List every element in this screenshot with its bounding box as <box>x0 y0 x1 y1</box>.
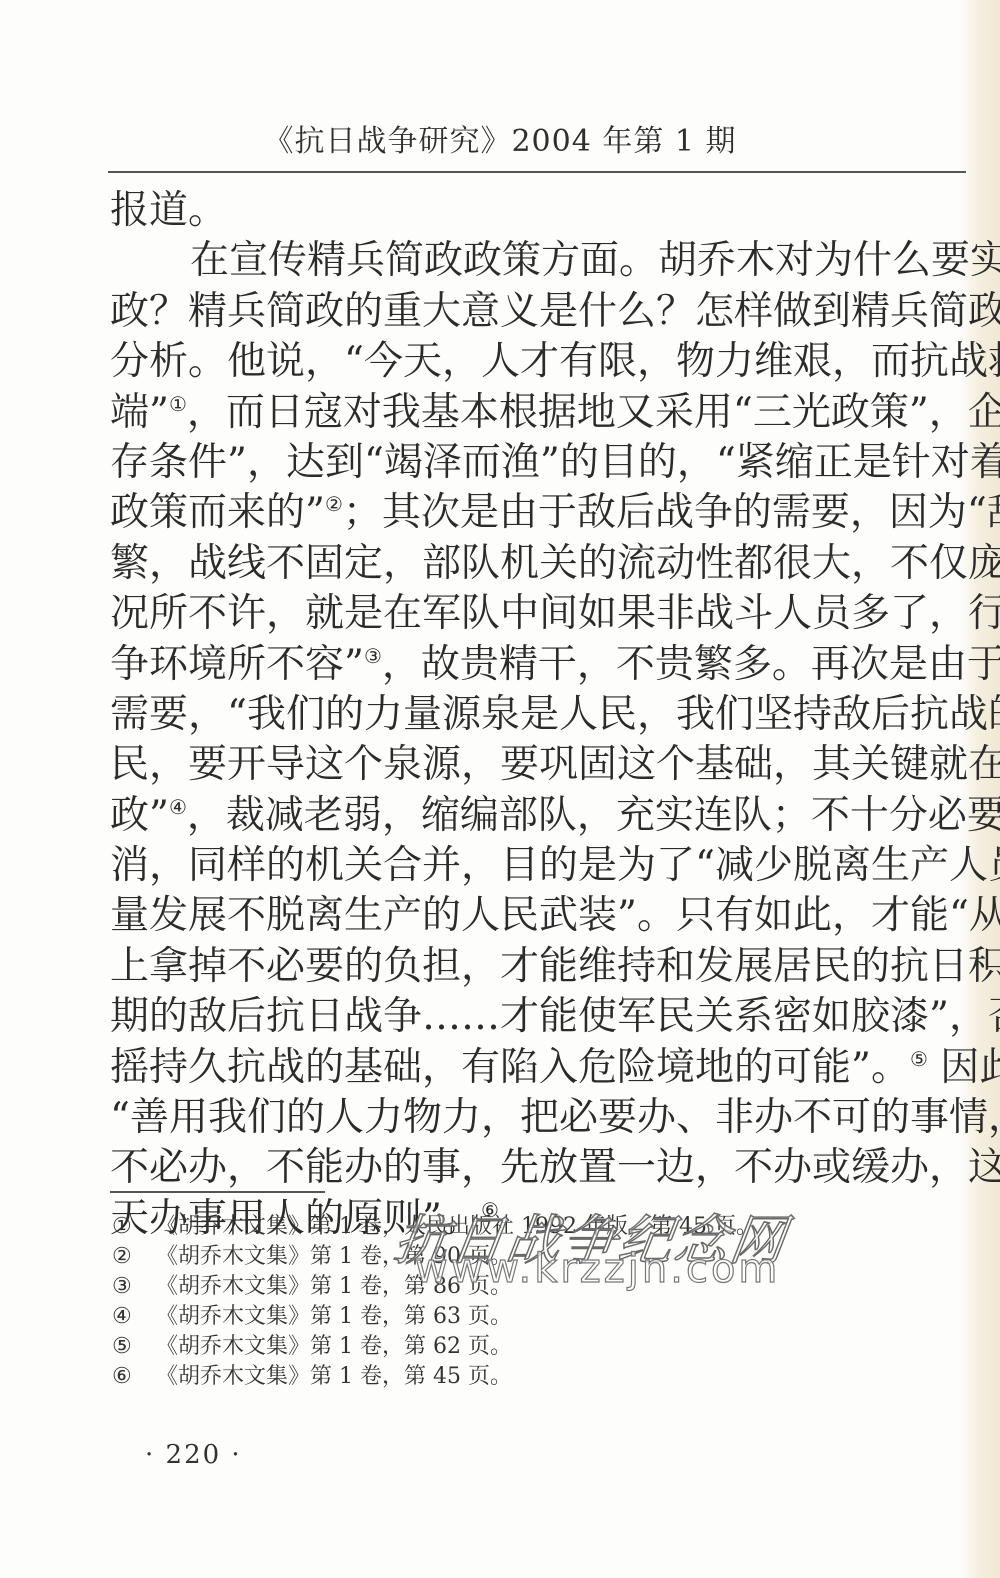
text-run: ；其次是由于敌后战争的需要，因为“敌后战争频 <box>343 490 1000 535</box>
text-run: 摇持久抗战的基础，有陷入危险境地的可能”。 <box>110 1045 910 1090</box>
text-run: ，故贵精干，不贵繁多。再次是由于持久抗战的 <box>382 642 1000 687</box>
text-run: 上拿掉不必要的负担，才能维持和发展居民的抗日积极性，坚持长 <box>110 944 1000 989</box>
text-run: 分析。他说，“今天，人才有限，物力维艰，而抗战救国，又经纬万 <box>110 339 1000 384</box>
text-run: 民，要开导这个泉源，要巩固这个基础，其关键就在于精兵简 <box>110 742 1000 787</box>
text-run: 因此，他强调说， <box>928 1045 1000 1090</box>
footnote-number: ② <box>112 1242 156 1272</box>
text-run: 消，同样的机关合并，目的是为了“减少脱离生产人员……同时大 <box>110 843 1000 888</box>
footnote-ref-5[interactable]: ⑤ <box>910 1047 928 1071</box>
footnote-number: ③ <box>112 1272 156 1302</box>
footnote-item: ④《胡乔木文集》第 1 卷，第 63 页。 <box>112 1302 812 1332</box>
footnote-item: ⑥《胡乔木文集》第 1 卷，第 45 页。 <box>112 1362 812 1392</box>
text-line: “善用我们的人力物力，把必要办、非办不可的事情，先办起来，把 <box>110 1093 920 1143</box>
text-line: 报道。 <box>110 186 920 236</box>
text-line: 期的敌后抗日战争……才能使军民关系密如胶漆”，否则，“就会动 <box>110 992 920 1042</box>
text-line: 量发展不脱离生产的人民武装”。只有如此，才能“从老百姓的肩 <box>110 891 920 941</box>
footnote-number: ④ <box>112 1302 156 1332</box>
text-line: 政策而来的”②；其次是由于敌后战争的需要，因为“敌后战争频 <box>110 488 920 538</box>
footnote-ref-1[interactable]: ① <box>169 392 187 416</box>
footnote-divider <box>110 1191 325 1193</box>
footnote-ref-4[interactable]: ④ <box>169 795 187 819</box>
text-run: 端” <box>110 390 169 435</box>
text-line: 端”①，而日寇对我基本根据地又采用“三光政策”，企图摧毁我“生 <box>110 388 920 438</box>
text-line: 上拿掉不必要的负担，才能维持和发展居民的抗日积极性，坚持长 <box>110 942 920 992</box>
text-run: 在宣传精兵简政政策方面。胡乔木对为什么要实行精兵简 <box>190 238 1000 283</box>
text-line: 争环境所不容”③，故贵精干，不贵繁多。再次是由于持久抗战的 <box>110 640 920 690</box>
footnote-ref-3[interactable]: ③ <box>364 644 382 668</box>
text-line: 分析。他说，“今天，人才有限，物力维艰，而抗战救国，又经纬万 <box>110 337 920 387</box>
header-divider <box>108 171 966 173</box>
text-run: 期的敌后抗日战争……才能使军民关系密如胶漆”，否则，“就会动 <box>110 994 1000 1039</box>
text-line: 政”④，裁减老弱，缩编部队，充实连队；不十分必要的机关忍痛取 <box>110 791 920 841</box>
footnote-text: 《胡乔木文集》第 1 卷，第 62 页。 <box>156 1334 512 1359</box>
text-run: 不必办，不能办的事，先放置一边，不办或缓办，这就应该是我们今 <box>110 1145 1000 1190</box>
footnote-text: 《胡乔木文集》第 1 卷，人民出版社 1992 年版，第 45 页。 <box>156 1214 758 1239</box>
text-line: 况所不许，就是在军队中间如果非战斗人员多了，行动笨重也为战 <box>110 589 920 639</box>
footnote-number: ① <box>112 1212 156 1242</box>
text-run: 量发展不脱离生产的人民武装”。只有如此，才能“从老百姓的肩 <box>110 893 1000 938</box>
text-line: 不必办，不能办的事，先放置一边，不办或缓办，这就应该是我们今 <box>110 1143 920 1193</box>
page-number: · 220 · <box>145 1440 242 1470</box>
text-run: 需要，“我们的力量源泉是人民，我们坚持敌后抗战的基础亦是人 <box>110 692 1000 737</box>
footnote-item: ⑤《胡乔木文集》第 1 卷，第 62 页。 <box>112 1332 812 1362</box>
text-line: 在宣传精兵简政政策方面。胡乔木对为什么要实行精兵简 <box>110 236 920 286</box>
footnote-text: 《胡乔木文集》第 1 卷，第 86 页。 <box>156 1274 512 1299</box>
footnote-item: ②《胡乔木文集》第 1 卷，第 90 页。 <box>112 1242 812 1272</box>
text-run: 政策而来的” <box>110 490 325 535</box>
body-text: 报道。 在宣传精兵简政政策方面。胡乔木对为什么要实行精兵简 政？精兵简政的重大意… <box>110 186 920 1244</box>
text-run: 存条件”，达到“竭泽而渔”的目的，“紧缩正是针对着敌人这一毒辣 <box>110 440 1000 485</box>
text-run: 繁，战线不固定，部队机关的流动性都很大，不仅庞大的机关为情 <box>110 541 1000 586</box>
footnote-number: ⑤ <box>112 1332 156 1362</box>
text-line: 摇持久抗战的基础，有陷入危险境地的可能”。⑤ 因此，他强调说， <box>110 1043 920 1093</box>
text-run: 报道。 <box>110 188 227 233</box>
text-run: ，而日寇对我基本根据地又采用“三光政策”，企图摧毁我“生 <box>187 390 1000 435</box>
footnotes-list: ①《胡乔木文集》第 1 卷，人民出版社 1992 年版，第 45 页。 ②《胡乔… <box>112 1212 812 1392</box>
footnote-text: 《胡乔木文集》第 1 卷，第 63 页。 <box>156 1304 512 1329</box>
text-run: ，裁减老弱，缩编部队，充实连队；不十分必要的机关忍痛取 <box>187 793 1000 838</box>
text-run: 政？精兵简政的重大意义是什么？怎样做到精兵简政？一一做了 <box>110 289 1000 334</box>
text-run: 争环境所不容” <box>110 642 364 687</box>
text-line: 存条件”，达到“竭泽而渔”的目的，“紧缩正是针对着敌人这一毒辣 <box>110 438 920 488</box>
footnote-text: 《胡乔木文集》第 1 卷，第 90 页。 <box>156 1244 512 1269</box>
running-header: 《抗日战争研究》2004 年第 1 期 <box>0 120 1000 164</box>
footnote-text: 《胡乔木文集》第 1 卷，第 45 页。 <box>156 1364 512 1389</box>
text-run: 政” <box>110 793 169 838</box>
text-line: 需要，“我们的力量源泉是人民，我们坚持敌后抗战的基础亦是人 <box>110 690 920 740</box>
text-run: “善用我们的人力物力，把必要办、非办不可的事情，先办起来，把 <box>110 1095 1000 1140</box>
footnote-ref-2[interactable]: ② <box>325 492 343 516</box>
text-run: 况所不许，就是在军队中间如果非战斗人员多了，行动笨重也为战 <box>110 591 1000 636</box>
text-line: 消，同样的机关合并，目的是为了“减少脱离生产人员……同时大 <box>110 841 920 891</box>
text-line: 政？精兵简政的重大意义是什么？怎样做到精兵简政？一一做了 <box>110 287 920 337</box>
text-line: 繁，战线不固定，部队机关的流动性都很大，不仅庞大的机关为情 <box>110 539 920 589</box>
footnote-number: ⑥ <box>112 1362 156 1392</box>
footnote-item: ①《胡乔木文集》第 1 卷，人民出版社 1992 年版，第 45 页。 <box>112 1212 812 1242</box>
footnote-item: ③《胡乔木文集》第 1 卷，第 86 页。 <box>112 1272 812 1302</box>
text-line: 民，要开导这个泉源，要巩固这个基础，其关键就在于精兵简 <box>110 740 920 790</box>
